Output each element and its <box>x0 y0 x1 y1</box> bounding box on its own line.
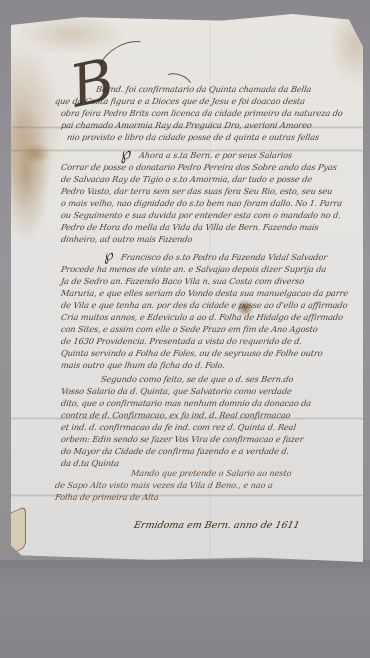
ink-stain <box>21 144 51 164</box>
text-line: Ahora a s.ta Bern. e por seus Salarios <box>138 150 293 160</box>
text-line: dinheiro, ad outro mais Fazendo <box>60 234 193 244</box>
text-line: Segundo como feito, se de que o d. ses B… <box>100 374 294 384</box>
text-line: de Sapo Alto visto mais vezes da Vila d … <box>54 480 273 490</box>
text-line: o mais velho, nao dignidade do s.to bem … <box>60 198 342 208</box>
text-line: de Salvacao Ray de Tigio o s.to Amormia,… <box>60 174 312 184</box>
text-line: do Mayor da Cidade de confirma fazendo e… <box>60 446 289 456</box>
text-line: Vosso Salario da d. Quinta, que Salvator… <box>60 386 292 396</box>
text-line: dito, que o confirmatario mas nenhum dom… <box>60 398 312 408</box>
text-line: pai chamado Amormia Ray da Preguica Dro,… <box>60 120 312 130</box>
text-line: contra de d. Confirmacao, ex fo ind. d. … <box>60 410 291 420</box>
text-line: Folha de primeira de Alta <box>54 492 159 502</box>
text-line: Quinta servindo a Folha de Foles, ou de … <box>60 348 323 358</box>
text-line: de 1630 Providencia. Presentada a vista … <box>60 336 302 346</box>
text-line: Mando que pretende o Salario ao nesto <box>130 468 292 478</box>
paragraph-mark-icon: ℘ <box>117 143 133 164</box>
text-line: Ja de Sedro an. Fazendo Baco Vila n. sua… <box>60 276 305 286</box>
text-line: Maruria, e que elles seriam do Vondo des… <box>60 288 349 298</box>
text-line: et ind. d. confirmacao da fe ind. com re… <box>60 422 296 432</box>
torn-corner <box>11 506 26 555</box>
text-line: Pedro de Hora do mella da Vida da Villa … <box>60 222 319 232</box>
text-line: Procede ha menos de vinte an. e Salvajao… <box>60 264 327 274</box>
signature: Ermidoma em Bern. anno de 1611 <box>133 520 301 531</box>
text-line: da d.ta Quinta <box>60 458 119 468</box>
text-line: ou Seguimento e sua duvida por entender … <box>60 210 341 220</box>
water-stain <box>1 104 51 244</box>
text-line: que da Costa figura e a Dioces que de Je… <box>54 96 305 106</box>
text-line: Francisco do s.to Pedro da Fazenda Vidal… <box>120 252 328 262</box>
text-line: de Vila e que tenha an. por des da cidad… <box>60 300 348 310</box>
text-line: Pedro Vasto, dar terra sem ser das suas … <box>60 186 333 196</box>
text-line: Bernd. foi confirmatario da Quinta chama… <box>95 84 312 94</box>
text-line: orbem: Edin sendo se fazer Vos Vira de c… <box>60 434 304 444</box>
text-line: con Sites, e assim com elle o Sede Prazo… <box>60 324 318 334</box>
text-line: Corrar de posse o donatario Pedro Pereir… <box>60 162 337 172</box>
text-line: nio provisto e libro da cidade posse de … <box>66 132 320 142</box>
text-line: mais outro que lhum da ficha do d. Folo. <box>60 360 225 370</box>
manuscript-page: B Bernd. foi confirmatario da Quinta cha… <box>11 14 363 562</box>
text-line: obra feira Pedro Brits com licenca da ci… <box>60 108 343 118</box>
background-surface <box>0 560 370 658</box>
text-line: Cria muitos annos, e Edeviculo a ao d. F… <box>60 312 343 322</box>
paragraph-mark-icon: ℘ <box>101 247 115 265</box>
